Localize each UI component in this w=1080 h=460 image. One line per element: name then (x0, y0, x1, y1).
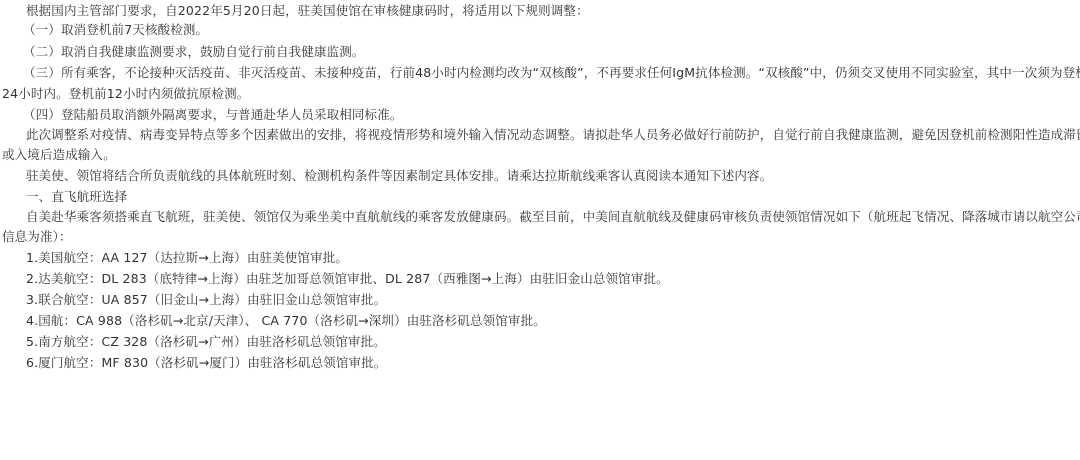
explanation-continued: 或入境后造成输入。 (2, 146, 116, 164)
explanation-paragraph: 此次调整系对疫情、病毒变异特点等多个因素做出的安排，将视疫情形势和境外输入情况动… (0, 126, 1080, 144)
flight-item-6: 6.厦门航空：MF 830（洛杉矶→厦门）由驻洛杉矶总领馆审批。 (0, 354, 387, 372)
arrangement-paragraph: 驻美使、领馆将结合所负责航线的具体航班时刻、检测机构条件等因素制定具体安排。请乘… (0, 167, 772, 185)
rule-4: （四）登陆船员取消额外隔离要求，与普通赴华人员采取相同标准。 (0, 106, 403, 124)
section1-body-continued: 信息为准）： (2, 228, 72, 246)
rule-3: （三）所有乘客，不论接种灭活疫苗、非灭活疫苗、未接种疫苗，行前48小时内检测均改… (0, 64, 1080, 82)
flight-item-4: 4.国航：CA 988（洛杉矶→北京/天津）、 CA 770（洛杉矶→深圳）由驻… (0, 312, 546, 330)
rule-2: （二）取消自我健康监测要求，鼓励自觉行前自我健康监测。 (0, 43, 365, 61)
notice-document: 根据国内主管部门要求，自2022年5月20日起，驻美国使馆在审核健康码时，将适用… (0, 0, 1080, 460)
flight-item-5: 5.南方航空：CZ 328（洛杉矶→广州）由驻洛杉矶总领馆审批。 (0, 333, 386, 351)
intro-paragraph: 根据国内主管部门要求，自2022年5月20日起，驻美国使馆在审核健康码时，将适用… (0, 2, 589, 20)
section1-heading: 一、直飞航班选择 (0, 188, 127, 206)
rule-1: （一）取消登机前7天核酸检测。 (0, 21, 208, 39)
rule-3-continued: 24小时内。登机前12小时内须做抗原检测。 (2, 85, 249, 103)
section1-body: 自美赴华乘客须搭乘直飞航班，驻美使、领馆仅为乘坐美中直航航线的乘客发放健康码。截… (0, 208, 1080, 226)
flight-item-1: 1.美国航空：AA 127（达拉斯→上海）由驻美使馆审批。 (0, 249, 348, 267)
flight-item-2: 2.达美航空：DL 283（底特律→上海）由驻芝加哥总领馆审批、DL 287（西… (0, 270, 669, 288)
flight-item-3: 3.联合航空：UA 857（旧金山→上海）由驻旧金山总领馆审批。 (0, 291, 386, 309)
